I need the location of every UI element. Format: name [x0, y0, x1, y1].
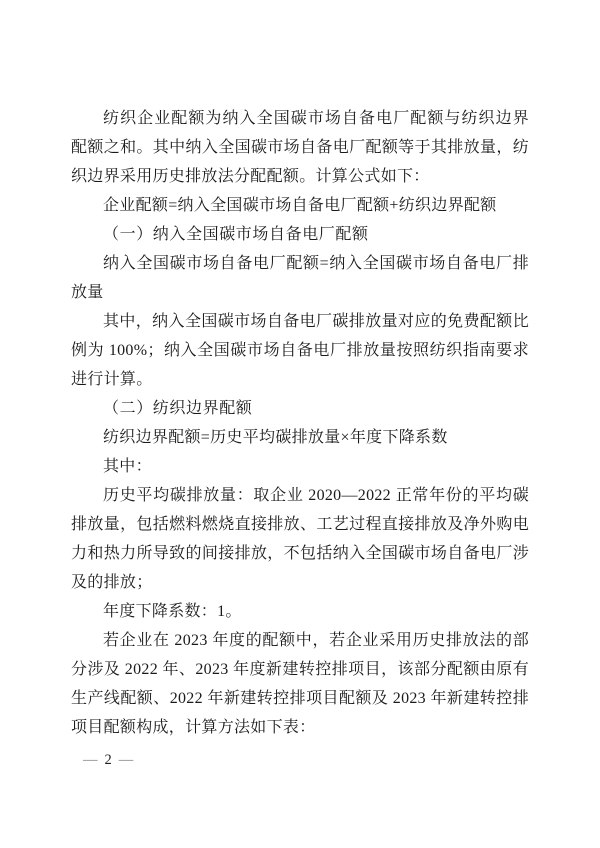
text-line: 其中，纳入全国碳市场自备电厂碳排放量对应的免费配额比	[71, 307, 529, 336]
text-line: 及的排放；	[71, 568, 529, 597]
text-line: 力和热力所导致的间接排放，不包括纳入全国碳市场自备电厂涉	[71, 539, 529, 568]
footer-right-dash: —	[114, 752, 139, 768]
text-line: 历史平均碳排放量：取企业 2020—2022 正常年份的平均碳	[71, 481, 529, 510]
text-line: 放量	[71, 278, 529, 307]
page-number: 2	[103, 752, 114, 768]
text-line: 织边界采用历史排放法分配配额。计算公式如下：	[71, 162, 529, 191]
text-line: 例为 100%；纳入全国碳市场自备电厂排放量按照纺织指南要求	[71, 336, 529, 365]
text-line: 纺织企业配额为纳入全国碳市场自备电厂配额与纺织边界	[71, 104, 529, 133]
text-line: 若企业在 2023 年度的配额中，若企业采用历史排放法的部	[71, 626, 529, 655]
text-line: 排放量，包括燃料燃烧直接排放、工艺过程直接排放及净外购电	[71, 510, 529, 539]
text-line: 配额之和。其中纳入全国碳市场自备电厂配额等于其排放量，纺	[71, 133, 529, 162]
footer-left-dash: —	[78, 752, 103, 768]
text-line: 进行计算。	[71, 365, 529, 394]
section-heading-line: （一）纳入全国碳市场自备电厂配额	[71, 220, 529, 249]
text-line: 项目配额构成，计算方法如下表：	[71, 713, 529, 742]
text-line: 企业配额=纳入全国碳市场自备电厂配额+纺织边界配额	[71, 191, 529, 220]
section-heading-line: （二）纺织边界配额	[71, 394, 529, 423]
text-line: 年度下降系数：1。	[71, 597, 529, 626]
document-body: 纺织企业配额为纳入全国碳市场自备电厂配额与纺织边界配额之和。其中纳入全国碳市场自…	[71, 104, 529, 742]
text-line: 分涉及 2022 年、2023 年度新建转控排项目，该部分配额由原有	[71, 655, 529, 684]
text-line: 纳入全国碳市场自备电厂配额=纳入全国碳市场自备电厂排	[71, 249, 529, 278]
page-footer: —2—	[78, 750, 138, 770]
text-line: 其中：	[71, 452, 529, 481]
text-line: 生产线配额、2022 年新建转控排项目配额及 2023 年新建转控排	[71, 684, 529, 713]
text-line: 纺织边界配额=历史平均碳排放量×年度下降系数	[71, 423, 529, 452]
document-page: 纺织企业配额为纳入全国碳市场自备电厂配额与纺织边界配额之和。其中纳入全国碳市场自…	[0, 0, 600, 848]
